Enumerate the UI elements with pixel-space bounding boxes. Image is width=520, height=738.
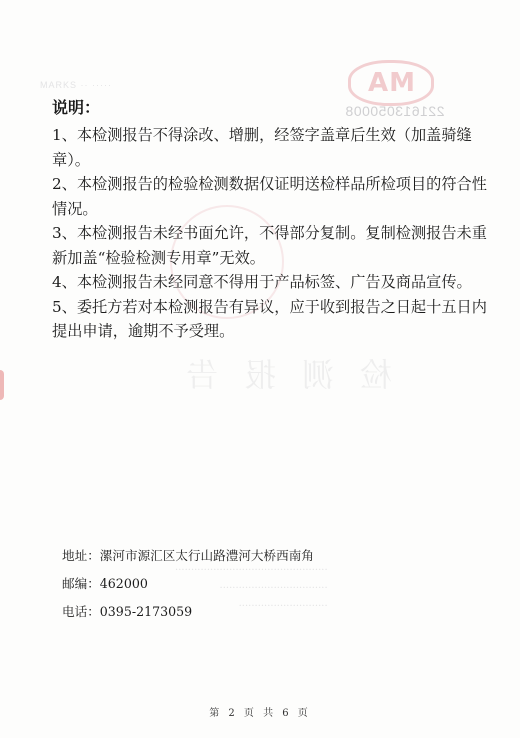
cma-stamp-text: MA	[367, 68, 415, 98]
note-line: 1、本检测报告不得涂改、增删，经签字盖章后生效（加盖骑缝章）。	[52, 123, 492, 172]
address-value: 漯河市源汇区太行山路澧河大桥西南角	[100, 542, 314, 570]
phone-row: 电话： 0395-2173059	[62, 598, 314, 626]
cma-stamp-show-through: MA	[348, 60, 434, 106]
contact-block: 地址： 漯河市源汇区太行山路澧河大桥西南角 邮编： 462000 电话： 039…	[62, 542, 314, 626]
note-line: 新加盖“检验检测专用章”无效。	[52, 246, 492, 271]
document-page: MARKS ·· ····· MA 221613050008 检测报告 说明： …	[0, 0, 520, 738]
address-label: 地址：	[62, 542, 100, 570]
note-line: 情况。	[52, 197, 492, 222]
note-line: 5、委托方若对本检测报告有异议，应于收到报告之日起十五日内	[52, 295, 492, 320]
cma-number-show-through: 221613050008	[345, 103, 444, 119]
notes-list: 1、本检测报告不得涂改、增删，经签字盖章后生效（加盖骑缝章）。 2、本检测报告的…	[52, 123, 492, 344]
notes-heading: 说明：	[52, 95, 100, 118]
note-line: 2、本检测报告的检验检测数据仅证明送检样品所检项目的符合性	[52, 172, 492, 197]
show-through-code: MARKS ·· ·····	[40, 80, 112, 90]
edge-seal-mark	[0, 370, 4, 400]
ghost-title-show-through: 检测报告	[160, 350, 392, 396]
postcode-label: 邮编：	[62, 570, 100, 598]
postcode-row: 邮编： 462000	[62, 570, 314, 598]
note-line: 3、本检测报告未经书面允许，不得部分复制。复制检测报告未重	[52, 221, 492, 246]
address-row: 地址： 漯河市源汇区太行山路澧河大桥西南角	[62, 542, 314, 570]
note-line: 4、本检测报告未经同意不得用于产品标签、广告及商品宣传。	[52, 270, 492, 295]
note-line: 提出申请，逾期不予受理。	[52, 319, 492, 344]
phone-label: 电话：	[62, 598, 100, 626]
postcode-value: 462000	[100, 570, 148, 598]
page-number: 第 2 页 共 6 页	[0, 704, 520, 719]
phone-value: 0395-2173059	[100, 598, 192, 626]
